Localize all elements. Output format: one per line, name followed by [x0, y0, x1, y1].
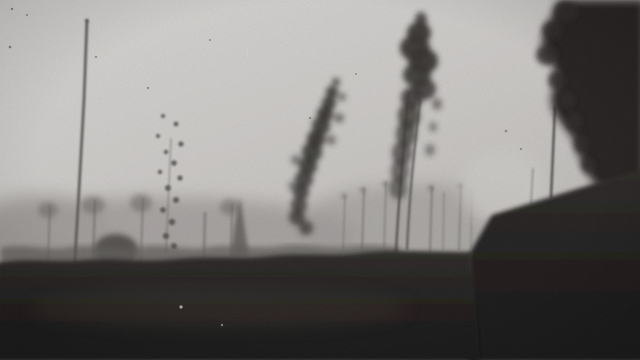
vignette [0, 0, 640, 360]
film-still-frame [0, 0, 640, 360]
film-still-scene [0, 0, 640, 360]
